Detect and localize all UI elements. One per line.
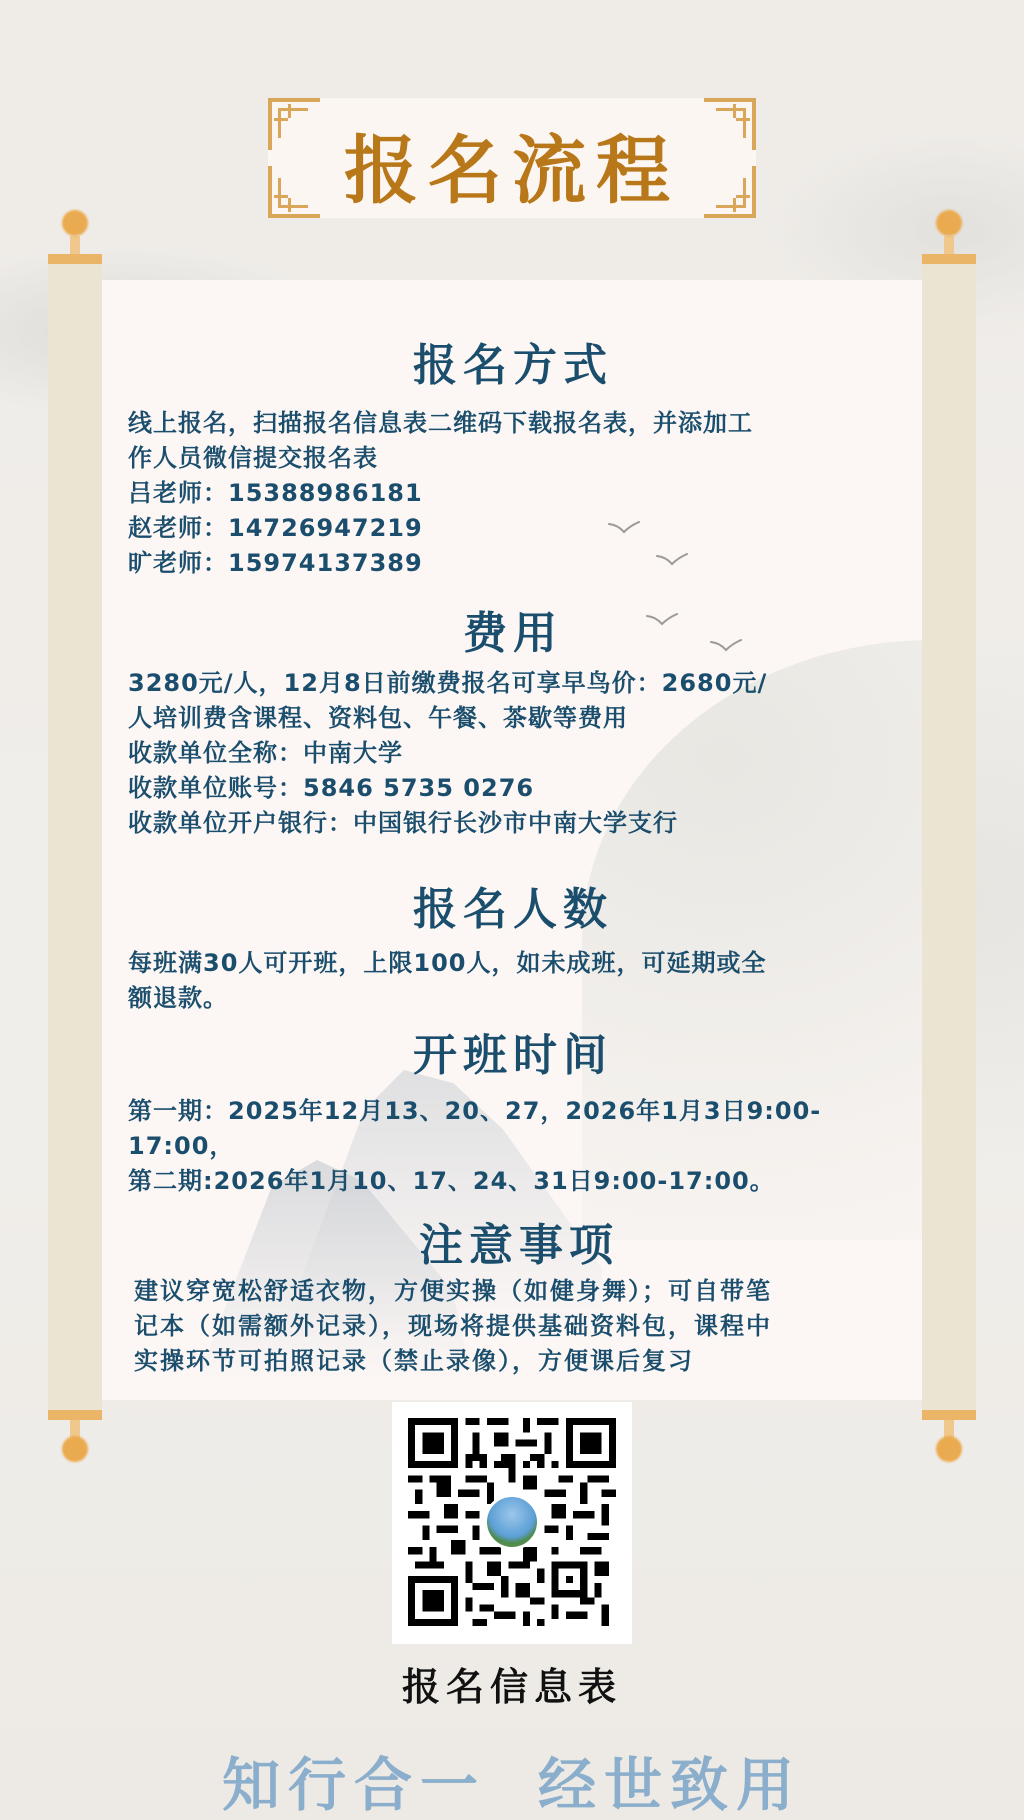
university-gate-logo-icon <box>484 1494 540 1550</box>
text-line: 记本（如需额外记录），现场将提供基础资料包，课程中 <box>134 1309 904 1344</box>
qr-caption: 报名信息表 <box>0 1656 1024 1711</box>
section-registration-method: 报名方式 线上报名，扫描报名信息表二维码下载报名表，并添加工 作人员微信提交报名… <box>128 336 898 581</box>
section-schedule: 开班时间 第一期：2025年12月13、20、27，2026年1月3日9:00-… <box>128 1026 898 1199</box>
scroll-rod-right-bottom-cap <box>922 1410 976 1420</box>
text-line: 每班满30人可开班，上限100人，如未成班，可延期或全 <box>128 946 898 981</box>
page-title: 报名流程 <box>268 112 756 218</box>
contact-line: 吕老师：15388986181 <box>128 476 898 511</box>
scroll-rod-right-top-cap <box>922 254 976 264</box>
contact-line: 赵老师：14726947219 <box>128 511 898 546</box>
text-line: 第二期:2026年1月10、17、24、31日9:00-17:00。 <box>128 1164 898 1199</box>
section-enrollment: 报名人数 每班满30人可开班，上限100人，如未成班，可延期或全 额退款。 <box>128 880 898 1016</box>
title-plaque: 报名流程 <box>268 98 756 218</box>
text-line: 实操环节可拍照记录（禁止录像），方便课后复习 <box>134 1344 904 1379</box>
text-line: 第一期：2025年12月13、20、27，2026年1月3日9:00- <box>128 1094 898 1129</box>
slogan-left: 知行合一 <box>222 1751 486 1819</box>
scroll-rod-right <box>922 262 976 1412</box>
scroll-rod-left-top-knob <box>62 210 88 236</box>
scroll-rod-left-bottom-cap <box>48 1410 102 1420</box>
section-body: 每班满30人可开班，上限100人，如未成班，可延期或全 额退款。 <box>128 946 898 1016</box>
text-line: 人培训费含课程、资料包、午餐、茶歇等费用 <box>128 701 898 736</box>
scroll-rod-left <box>48 262 102 1412</box>
text-line: 收款单位全称：中南大学 <box>128 736 898 771</box>
section-title: 报名方式 <box>128 336 898 396</box>
slogan-right: 经世致用 <box>538 1751 802 1819</box>
section-title: 开班时间 <box>128 1026 898 1086</box>
text-line: 额退款。 <box>128 981 898 1016</box>
text-line: 收款单位账号：5846 5735 0276 <box>128 771 898 806</box>
text-line: 17:00， <box>128 1129 898 1164</box>
text-line: 线上报名，扫描报名信息表二维码下载报名表，并添加工 <box>128 406 898 441</box>
scroll-rod-right-top-knob <box>936 210 962 236</box>
slogan: 知行合一经世致用 <box>0 1738 1024 1820</box>
text-line: 建议穿宽松舒适衣物，方便实操（如健身舞）；可自带笔 <box>134 1274 904 1309</box>
contact-line: 旷老师：15974137389 <box>128 546 898 581</box>
section-body: 3280元/人，12月8日前缴费报名可享早鸟价：2680元/ 人培训费含课程、资… <box>128 666 898 841</box>
section-notes: 注意事项 建议穿宽松舒适衣物，方便实操（如健身舞）；可自带笔 记本（如需额外记录… <box>134 1216 904 1379</box>
section-fees: 费用 3280元/人，12月8日前缴费报名可享早鸟价：2680元/ 人培训费含课… <box>128 604 898 841</box>
section-body: 建议穿宽松舒适衣物，方便实操（如健身舞）；可自带笔 记本（如需额外记录），现场将… <box>134 1274 904 1379</box>
scroll-rod-right-top-stem <box>944 236 954 254</box>
section-title: 注意事项 <box>134 1216 904 1276</box>
scroll-rod-left-top-stem <box>70 236 80 254</box>
qr-code[interactable] <box>392 1402 632 1644</box>
section-body: 线上报名，扫描报名信息表二维码下载报名表，并添加工 作人员微信提交报名表 吕老师… <box>128 406 898 581</box>
section-body: 第一期：2025年12月13、20、27，2026年1月3日9:00- 17:0… <box>128 1094 898 1199</box>
text-line: 作人员微信提交报名表 <box>128 441 898 476</box>
scroll-rod-right-bottom-knob <box>936 1436 962 1462</box>
qr-code-icon <box>408 1418 616 1626</box>
scroll-rod-left-bottom-knob <box>62 1436 88 1462</box>
scroll-rod-left-top-cap <box>48 254 102 264</box>
text-line: 3280元/人，12月8日前缴费报名可享早鸟价：2680元/ <box>128 666 898 701</box>
section-title: 报名人数 <box>128 880 898 940</box>
section-title: 费用 <box>128 604 898 664</box>
text-line: 收款单位开户银行：中国银行长沙市中南大学支行 <box>128 806 898 841</box>
